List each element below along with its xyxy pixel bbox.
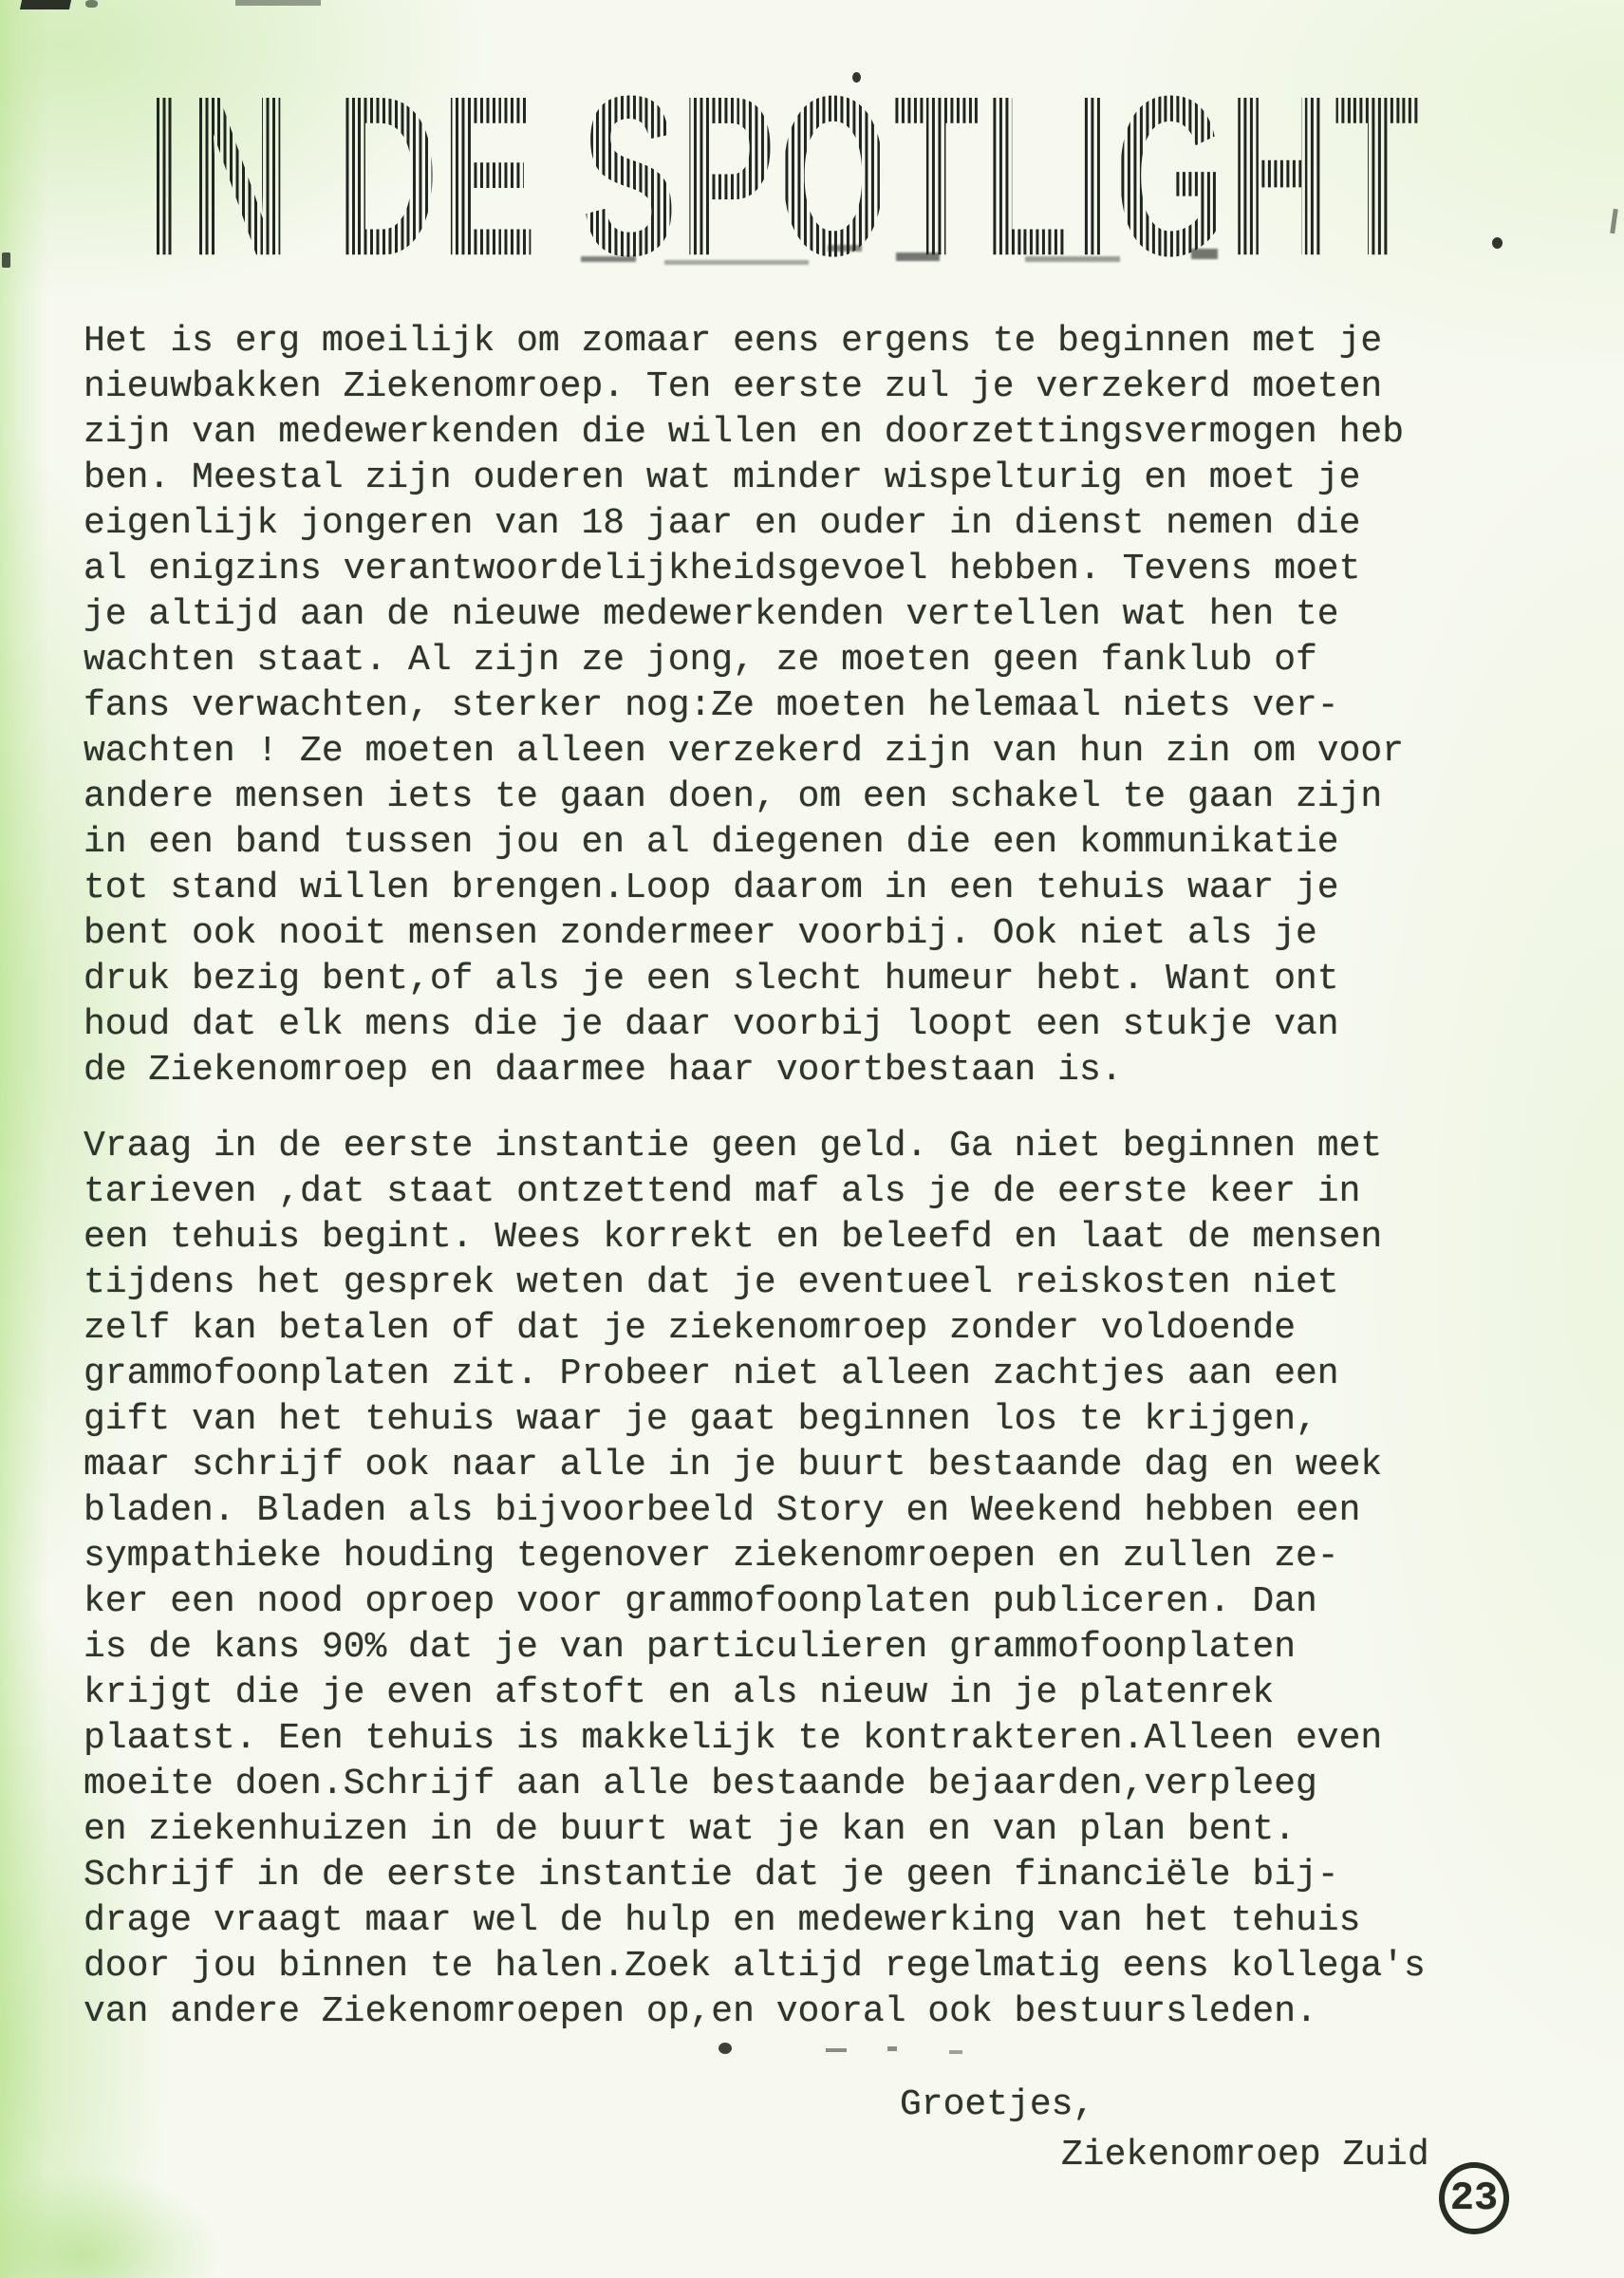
scan-artifact-smudge [896, 252, 940, 261]
scan-artifact-end-dash [949, 2050, 962, 2054]
page-title: IN DE SPOTLIGHT [144, 63, 1425, 290]
scan-artifact-end-dash [887, 2046, 897, 2051]
scan-artifact-right-tick [1610, 209, 1618, 233]
scan-artifact-left-tick [2, 252, 10, 268]
scanned-newsletter-page: IN DE SPOTLIGHT Het is erg moeilijk om z… [0, 0, 1624, 2278]
article-paragraph-1: Het is erg moeilijk om zomaar eens ergen… [84, 319, 1404, 1093]
scan-artifact-smudge [1025, 256, 1120, 262]
scan-artifact-dot [852, 72, 861, 83]
scan-artifact-top-bar [235, 0, 321, 6]
scan-artifact-smudge [581, 256, 636, 262]
page-number: 23 [1450, 2175, 1498, 2221]
scan-artifact-corner-dot [85, 0, 98, 8]
scan-artifact-title-period [1492, 237, 1503, 249]
scan-artifact-smudge [1191, 249, 1218, 259]
scan-artifact-smudge [664, 260, 809, 265]
page-number-badge: 23 [1439, 2162, 1509, 2234]
scan-artifact-end-dash [826, 2048, 847, 2052]
article-paragraph-2: Vraag in de eerste instantie geen geld. … [84, 1124, 1426, 2035]
scan-artifact-smudge [828, 245, 862, 252]
closing-salutation: Groetjes, [900, 2082, 1094, 2128]
scan-artifact-corner-block [20, 0, 71, 9]
scan-artifact-end-dot [719, 2043, 732, 2054]
closing-signature: Ziekenomroep Zuid [1061, 2133, 1429, 2178]
